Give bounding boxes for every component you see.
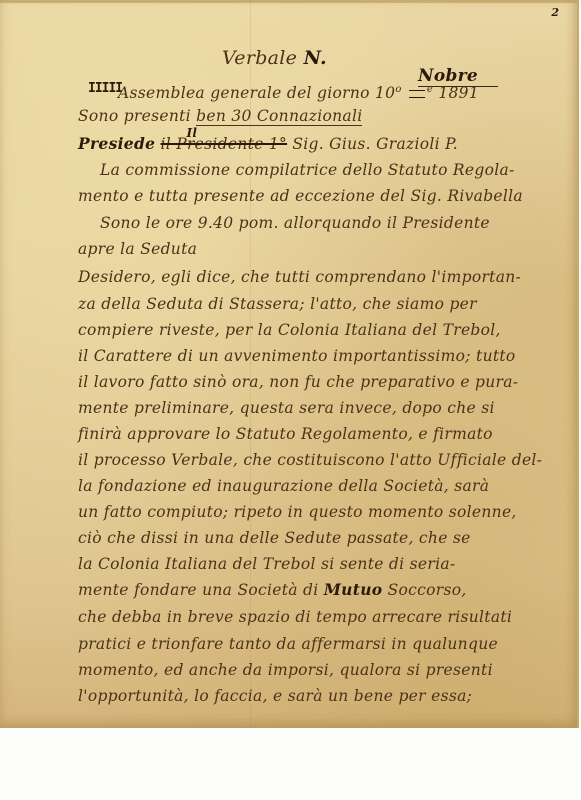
line-text: Sono presenti [78, 107, 196, 125]
roman-numeral-mark [409, 90, 425, 98]
mutuo-word: Mutuo [324, 580, 383, 599]
line-10: compiere riveste, per la Colonia Italian… [78, 320, 501, 340]
page-number: 2 [551, 6, 559, 19]
line-9: za della Seduta di Stassera; l'atto, che… [78, 294, 477, 314]
title-number: N. [304, 47, 327, 69]
line-15: il processo Verbale, che costituiscono l… [78, 450, 542, 470]
line-text: mente fondare una Società di [78, 581, 324, 599]
line-7: apre la Seduta [78, 239, 197, 259]
line-5: mento e tutta presente ad eccezione del … [78, 186, 523, 206]
line-8: Desidero, egli dice, che tutti comprenda… [78, 267, 521, 287]
line-19: la Colonia Italiana del Trebol si sente … [78, 554, 455, 574]
line-18: ciò che dissi in una delle Sedute passat… [78, 528, 471, 548]
line-16: la fondazione ed inaugurazione della Soc… [78, 476, 489, 496]
line-4: La commissione compilatrice dello Statut… [100, 160, 515, 180]
line-assembly-date: Assemblea generale del giorno 10o e 1891 [118, 80, 479, 103]
line-year: 1891 [438, 84, 479, 102]
line-6: Sono le ore 9.40 pom. allorquando il Pre… [100, 213, 490, 233]
superscript-mark: e [427, 84, 433, 95]
document-title: Verbale N. [222, 47, 327, 69]
line-17: un fatto compiuto; ripeto in questo mome… [78, 502, 517, 522]
manuscript-page: 2 Verbale N. Nobre IIIII Assemblea gener… [0, 0, 579, 728]
line-21: che debba in breve spazio di tempo arrec… [78, 607, 512, 627]
line-11: il Carattere di un avvenimento important… [78, 346, 516, 366]
line-text: Sig. Gius. Grazioli P. [292, 135, 458, 153]
line-22: pratici e trionfare tanto da affermarsi … [78, 634, 498, 654]
line-14: finirà approvare lo Statuto Regolamento,… [78, 424, 493, 444]
scan-background [0, 728, 581, 800]
line-presiding: Presiede il Presidente 1° Il Sig. Gius. … [78, 134, 458, 154]
line-text: Assemblea generale del giorno 10 [118, 84, 395, 102]
line-20: mente fondare una Società di Mutuo Socco… [78, 580, 467, 600]
superscript-ordinal: o [395, 84, 401, 95]
struck-text: il Presidente 1° [161, 135, 288, 153]
line-13: mente preliminare, questa sera invece, d… [78, 398, 495, 418]
line-12: il lavoro fatto sinò ora, non fu che pre… [78, 372, 518, 392]
presiede-label: Presiede [78, 134, 155, 153]
struck-phrase: il Presidente 1° Il [161, 135, 293, 153]
line-23: momento, ed anche da imporsi, qualora si… [78, 660, 493, 680]
line-text: Soccorso, [382, 581, 466, 599]
line-attendance: Sono presenti ben 30 Connazionali [78, 106, 362, 126]
inserted-text: Il [187, 123, 198, 143]
title-text: Verbale [222, 47, 297, 69]
attendance-count: ben 30 Connazionali [196, 107, 362, 126]
line-24: l'opportunità, lo faccia, e sarà un bene… [78, 686, 472, 706]
